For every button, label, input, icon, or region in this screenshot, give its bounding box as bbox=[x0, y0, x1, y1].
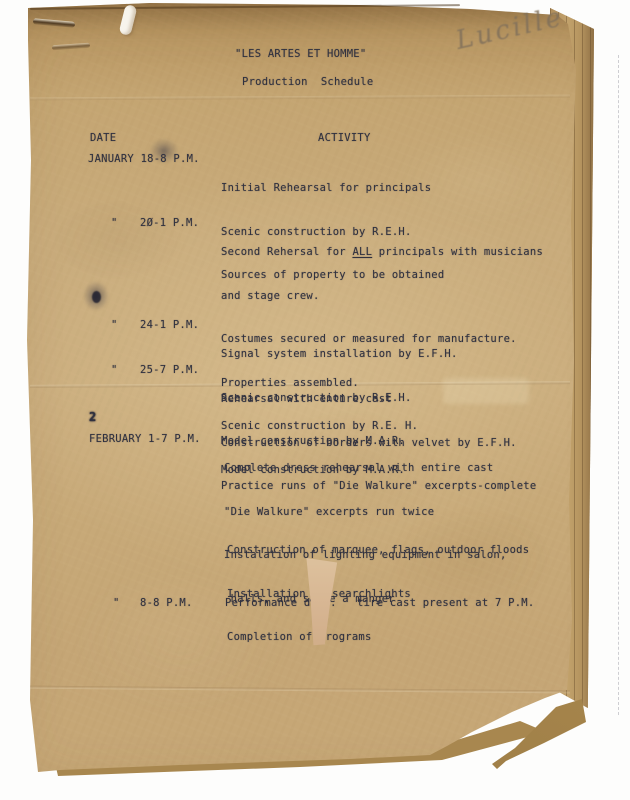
ditto-mark: " bbox=[113, 596, 120, 611]
typewritten-text: "LES ARTES ET HOMME" Production Schedule… bbox=[0, 0, 630, 800]
ditto-mark: " bbox=[111, 216, 118, 231]
schedule-entry: " 8-8 P.M. Performance date. tire cast p… bbox=[0, 596, 39, 683]
ink-blot-core bbox=[92, 291, 101, 303]
line-text: principals with musicians bbox=[372, 246, 543, 258]
activity-line: Construction of marquee, flags, outdoor … bbox=[227, 543, 529, 558]
activity-line: and stage crew. bbox=[221, 289, 543, 304]
entry-date: 8-8 P.M. bbox=[140, 596, 193, 611]
scanned-document: Lucille "LES ARTES ET HOMME" Production … bbox=[0, 0, 630, 800]
entry-date: JANUARY 18-8 P.M. bbox=[88, 152, 200, 167]
schedule-entry: Construction of marquee, flags, outdoor … bbox=[0, 514, 39, 558]
entry-date: 24-1 P.M. bbox=[140, 318, 199, 333]
activity-line-after-tape: tire cast present at 7 P.M. bbox=[357, 596, 534, 611]
schedule-entry: " 25-7 P.M. Rehearsal with entire cast C… bbox=[0, 363, 39, 436]
document-title: "LES ARTES ET HOMME" bbox=[235, 47, 366, 62]
ditto-mark: " bbox=[111, 318, 118, 333]
activity-line: Complete dress rehearsal with entire cas… bbox=[224, 461, 507, 476]
schedule-entry: JANUARY 18-8 P.M. Initial Rehearsal for … bbox=[0, 152, 39, 210]
activity-line: Signal system installation by E.F.H. bbox=[221, 347, 458, 362]
entry-activity: Construction of marquee, flags, outdoor … bbox=[227, 514, 529, 674]
schedule-entry: FEBRUARY 1-7 P.M. Complete dress rehears… bbox=[0, 432, 39, 490]
line-text: Second Rehersal for bbox=[221, 246, 352, 258]
activity-line: Rehearsal with entire cast bbox=[221, 392, 536, 407]
schedule-entry: " 2Ø-1 P.M. Second Rehersal for ALL prin… bbox=[0, 216, 39, 289]
activity-line: Initial Rehearsal for principals bbox=[221, 181, 444, 196]
entry-date: 25-7 P.M. bbox=[140, 363, 199, 378]
ditto-mark: " bbox=[111, 363, 118, 378]
activity-line: Completion of programs bbox=[227, 630, 529, 645]
underlined-text: ALL bbox=[352, 246, 372, 258]
column-header-date: DATE bbox=[90, 131, 116, 146]
page-number-mark: 2 bbox=[89, 410, 96, 425]
activity-line: Second Rehersal for ALL principals with … bbox=[221, 245, 543, 260]
entry-date: FEBRUARY 1-7 P.M. bbox=[89, 432, 201, 447]
document-subtitle: Production Schedule bbox=[242, 75, 373, 90]
entry-date: 2Ø-1 P.M. bbox=[140, 216, 199, 231]
ink-smudge-on-date bbox=[149, 138, 179, 164]
column-header-activity: ACTIVITY bbox=[318, 131, 371, 146]
